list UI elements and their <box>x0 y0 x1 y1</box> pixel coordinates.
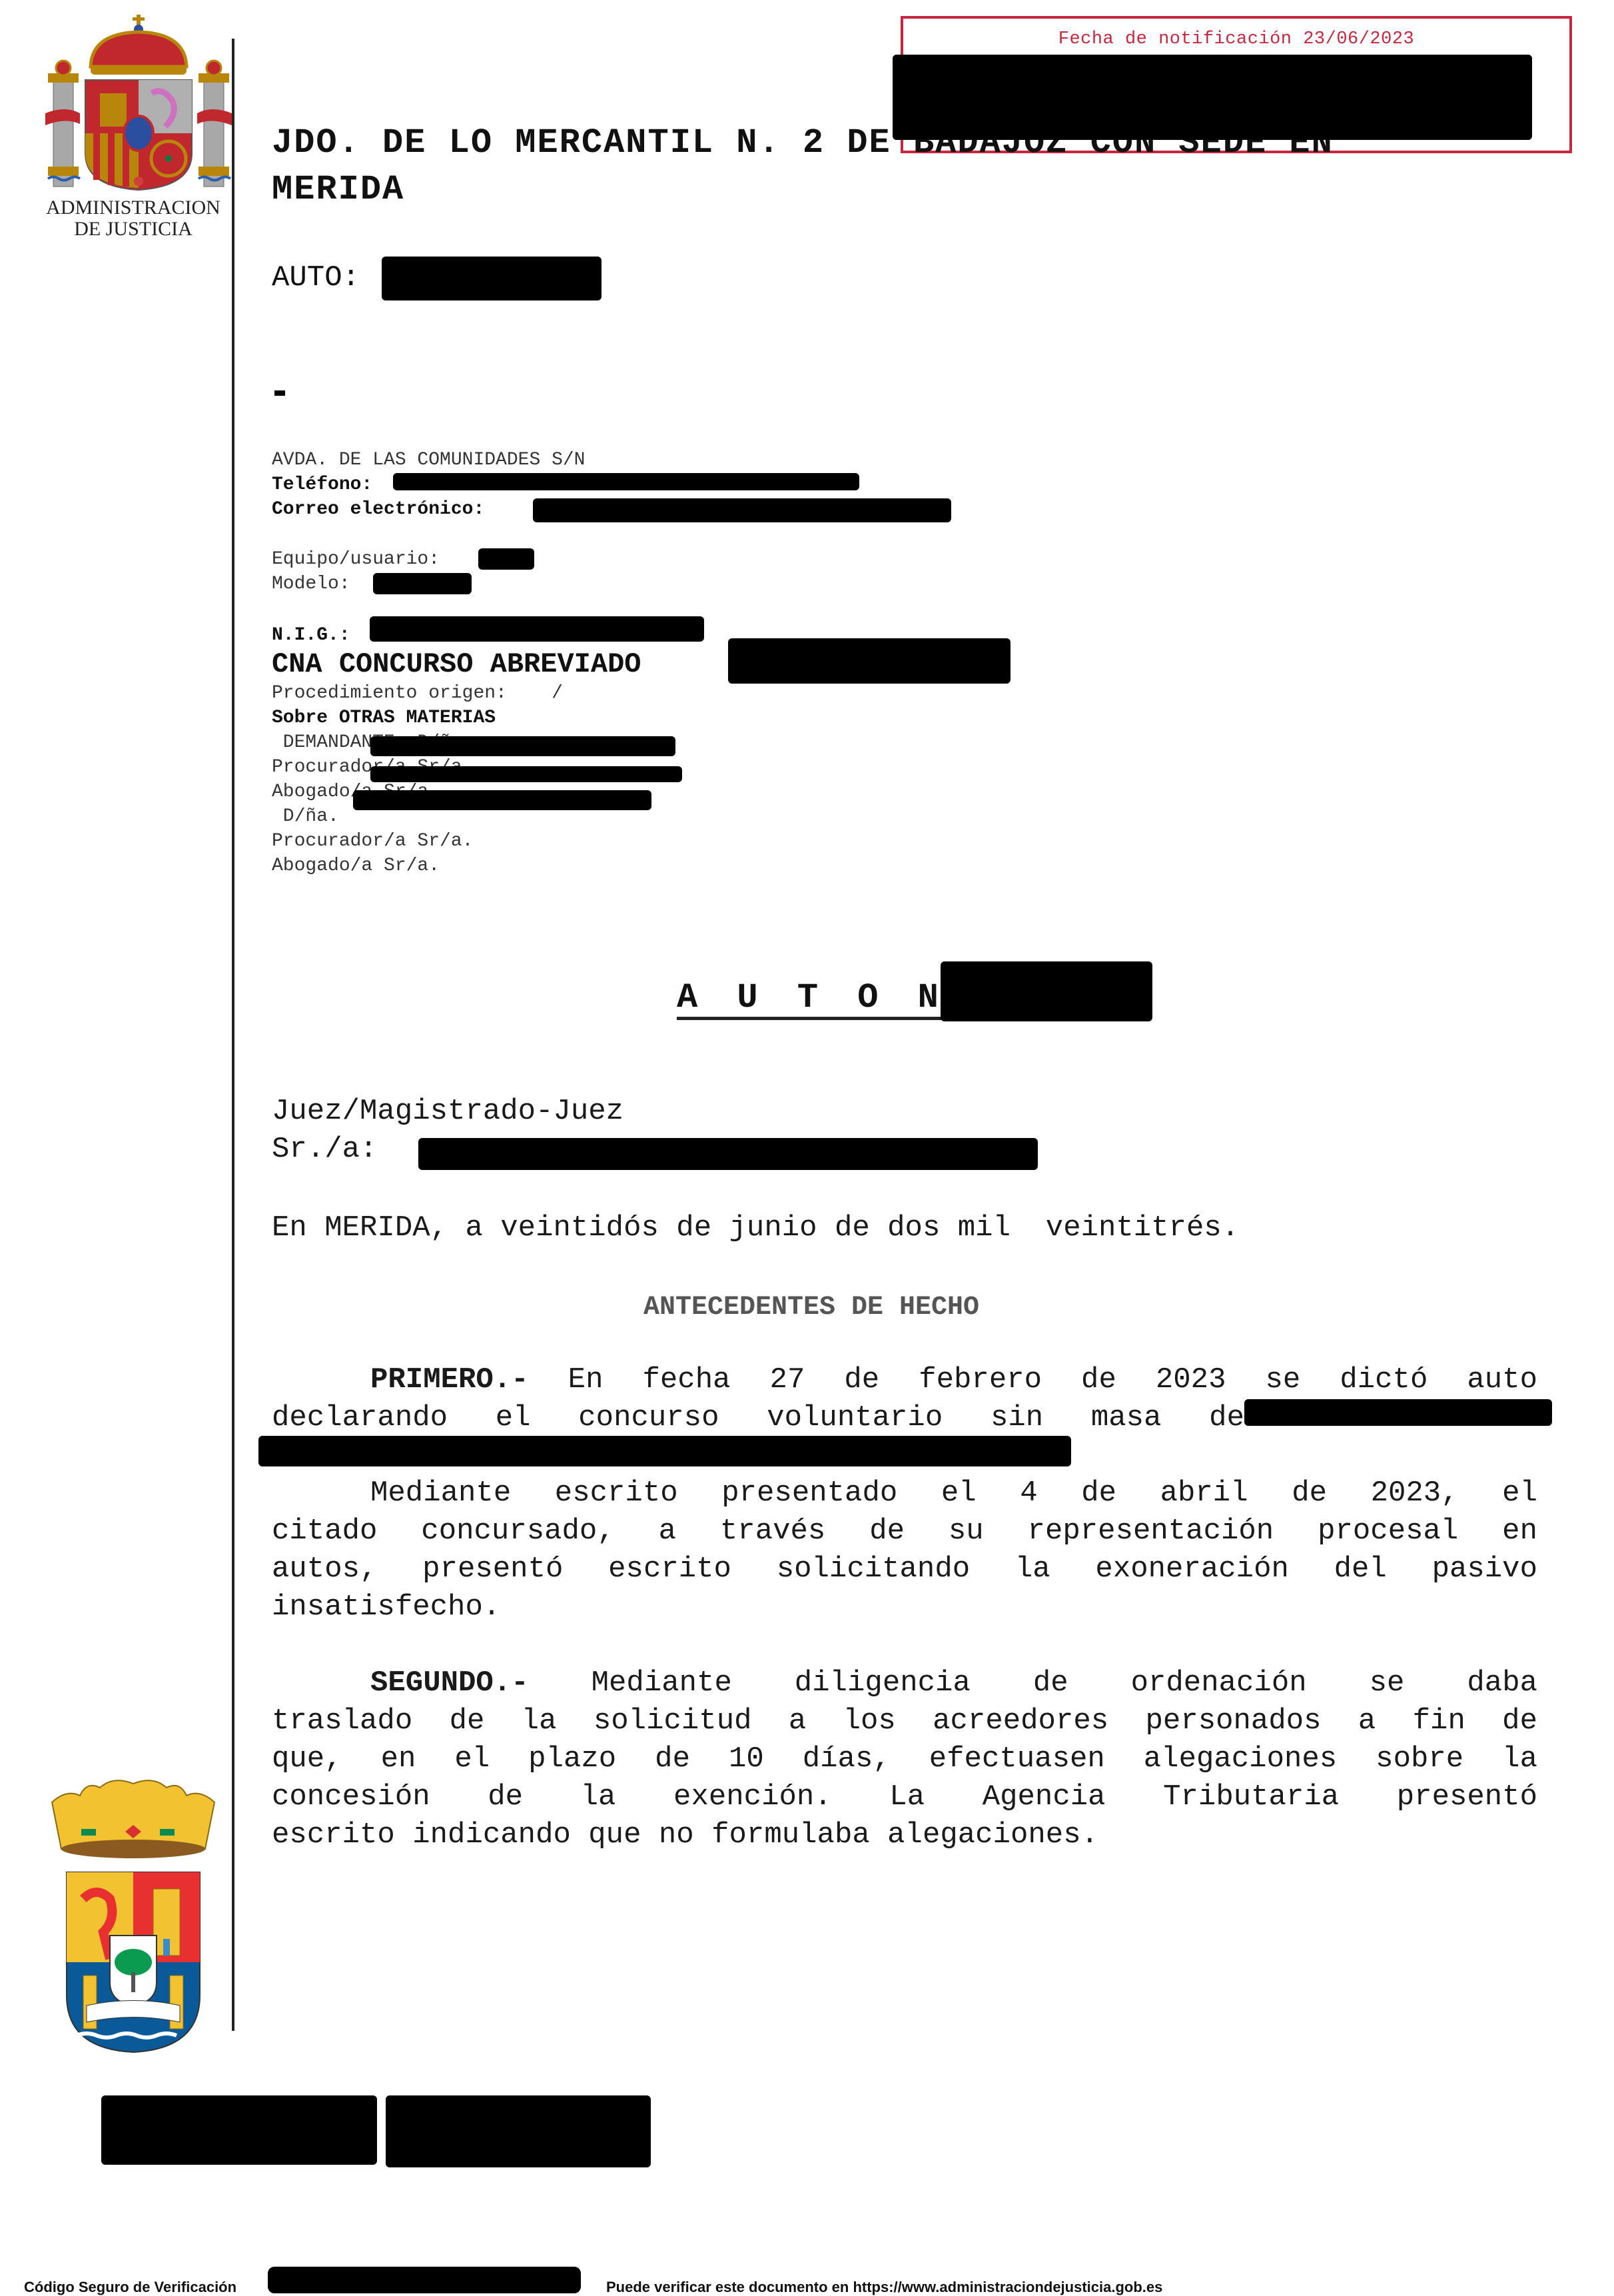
place-date: En MERIDA, a veintidós de junio de dos m… <box>272 1209 1239 1247</box>
primero-line1: En fecha 27 de febrero de 2023 se dictó … <box>568 1363 1537 1397</box>
primero-p2-line: citado concursado, a través de su repres… <box>272 1512 1537 1550</box>
extremadura-shield-icon <box>47 1776 220 2062</box>
redaction-email <box>533 498 951 522</box>
redaction-signature-1 <box>101 2095 377 2165</box>
team-user-label: Equipo/usuario: <box>272 547 1271 572</box>
procedure-origin: Procedimiento origen: / <box>272 681 1271 706</box>
redaction-procurador <box>370 766 682 782</box>
judge-title: Juez/Magistrado-Juez <box>272 1093 1271 1131</box>
paragraph-segundo: SEGUNDO.- Mediante diligencia de ordenac… <box>272 1664 1537 1854</box>
procedure-origin-value: / <box>552 683 563 704</box>
dash-separator <box>274 390 285 396</box>
redaction-csv-code <box>268 2267 581 2293</box>
verify-link-text[interactable]: Puede verificar este documento en https:… <box>606 2279 1162 2296</box>
ruling-title-underline <box>677 1017 943 1020</box>
segundo-line: Mediante diligencia de ordenación se dab… <box>592 1666 1537 1700</box>
auto-label: AUTO: <box>272 261 360 294</box>
section-heading: ANTECEDENTES DE HECHO <box>272 1293 1351 1323</box>
party-row: Procurador/a Sr/a. <box>272 829 1271 854</box>
segundo-line: traslado de la solicitud a los acreedore… <box>272 1702 1537 1740</box>
redaction-phone <box>393 473 859 490</box>
redaction-debtor-name-2 <box>258 1436 1071 1466</box>
redaction-nig <box>370 616 704 642</box>
redaction-debtor-name-1 <box>1244 1399 1552 1426</box>
phone-label: Teléfono: <box>272 474 372 495</box>
redaction-team-user <box>478 548 534 570</box>
primero-p2-line: insatisfecho. <box>272 1588 1537 1626</box>
redaction-plaintiff <box>370 736 675 756</box>
ruling-title: A U T O N° <box>677 978 978 1017</box>
extremadura-coat-of-arms-logo <box>47 1776 220 2062</box>
admin-justicia-label: ADMINISTRACION DE JUSTICIA <box>27 197 240 240</box>
coat-of-arms-icon <box>39 7 238 193</box>
admin-justicia-line2: DE JUSTICIA <box>27 219 240 240</box>
segundo-line: escrito indicando que no formulaba alega… <box>272 1816 1537 1854</box>
redaction-abogado <box>353 790 651 810</box>
segundo-line: concesión de la exención. La Agencia Tri… <box>272 1778 1537 1816</box>
redaction-judge-name <box>418 1138 1038 1170</box>
redaction-stamp-block-overlay <box>893 55 1532 140</box>
redaction-procedure-number <box>728 638 1010 684</box>
redaction-model <box>373 573 472 594</box>
procedure-origin-label: Procedimiento origen: <box>272 683 507 704</box>
email-label: Correo electrónico: <box>272 499 484 520</box>
paragraph-primero-2: Mediante escrito presentado el 4 de abri… <box>272 1474 1537 1626</box>
primero-p2-line: Mediante escrito presentado el 4 de abri… <box>272 1474 1537 1512</box>
subject: Sobre OTRAS MATERIAS <box>272 708 496 728</box>
primero-label: PRIMERO.- <box>370 1363 529 1397</box>
nig-label: N.I.G.: <box>272 625 350 646</box>
primero-line2: declarando el concurso voluntario sin ma… <box>272 1401 1244 1435</box>
primero-p2-line: autos, presentó escrito solicitando la e… <box>272 1550 1537 1588</box>
notification-date: Fecha de notificación 23/06/2023 <box>903 29 1569 49</box>
party-row: Abogado/a Sr/a. <box>272 854 1271 878</box>
segundo-label: SEGUNDO.- <box>370 1666 529 1700</box>
redaction-auto-number <box>382 257 602 300</box>
csv-label: Código Seguro de Verificación <box>24 2279 236 2296</box>
admin-justicia-line1: ADMINISTRACION <box>27 197 240 219</box>
segundo-line: que, en el plazo de 10 días, efectuasen … <box>272 1740 1537 1778</box>
court-address: AVDA. DE LAS COMUNIDADES S/N <box>272 448 1271 472</box>
spain-coat-of-arms-logo <box>39 7 238 193</box>
margin-rule <box>232 39 234 2031</box>
redaction-ruling-number <box>941 961 1152 1021</box>
redaction-signature-2 <box>386 2095 651 2167</box>
court-title-line2: MERIDA <box>272 167 1537 213</box>
